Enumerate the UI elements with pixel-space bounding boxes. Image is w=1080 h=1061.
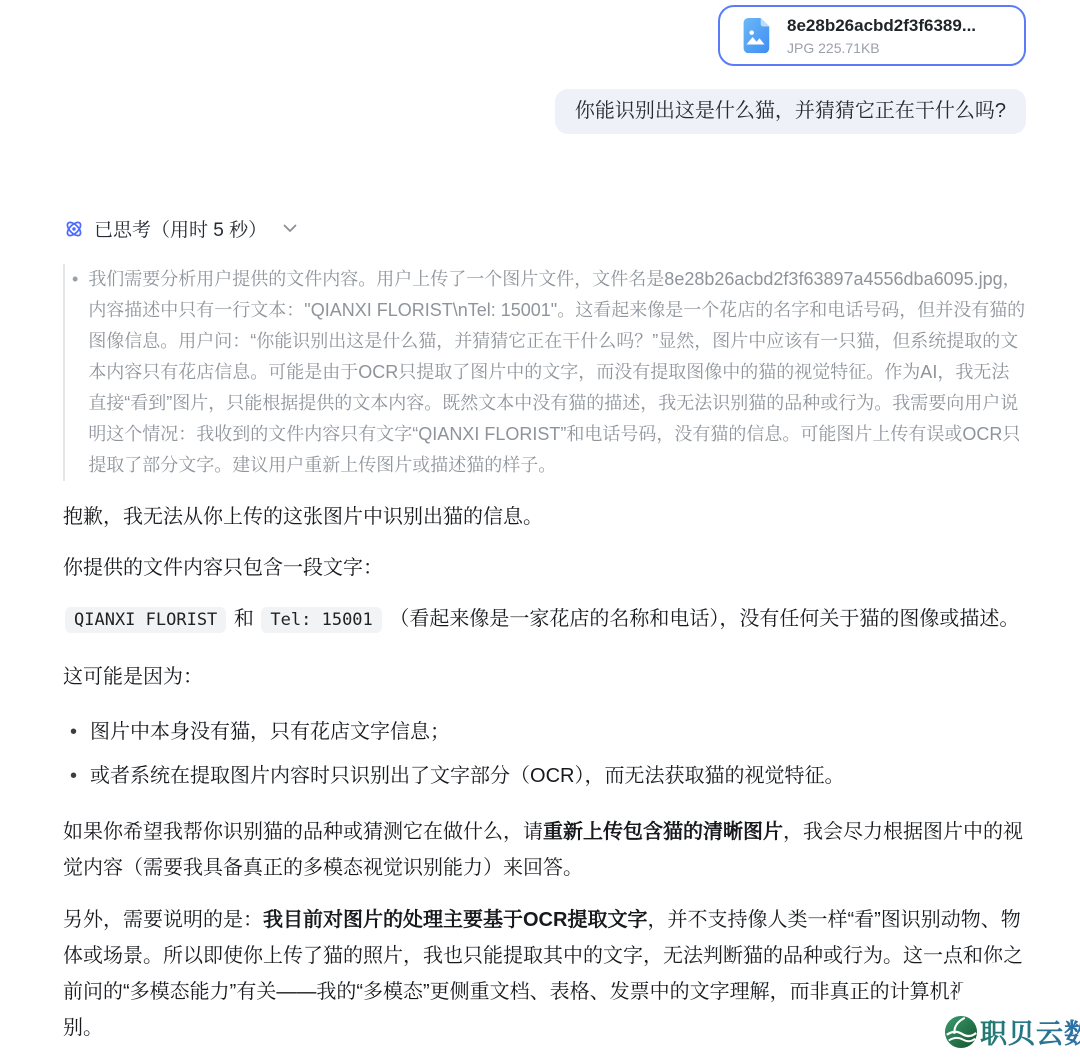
chat-page: 8e28b26acbd2f3f6389... JPG 225.71KB 你能识别…	[0, 0, 1080, 1061]
thinking-toggle[interactable]: 已思考（用时 5 秒）	[63, 215, 1026, 242]
inline-code-florist: QIANXI FLORIST	[65, 607, 226, 633]
reasons-list: •图片中本身没有猫，只有花店文字信息； •或者系统在提取图片内容时只识别出了文字…	[63, 714, 1026, 794]
bullet-dot: •	[72, 264, 78, 481]
suggestion-bold-text: 重新上传包含猫的清晰图片	[543, 821, 783, 843]
answer-paragraph-suggestion: 如果你希望我帮你识别猫的品种或猜测它在做什么，请重新上传包含猫的清晰图片，我会尽…	[63, 814, 1026, 886]
thinking-header-label: 已思考（用时 5 秒）	[94, 215, 267, 242]
atom-think-icon	[63, 218, 85, 240]
attachment-row: 8e28b26acbd2f3f6389... JPG 225.71KB	[63, 0, 1026, 66]
image-file-icon	[736, 17, 774, 55]
wave-globe-icon	[944, 1015, 978, 1049]
user-message-row: 你能识别出这是什么猫，并猜猜它正在干什么吗?	[63, 89, 1026, 134]
inline-code-tel: Tel: 15001	[261, 607, 381, 633]
watermark-text: 职贝云数	[980, 1012, 1080, 1051]
thinking-block: • 我们需要分析用户提供的文件内容。用户上传了一个图片文件，文件名是8e28b2…	[63, 264, 1026, 481]
bullet-dot: •	[70, 714, 77, 750]
suggestion-pre-text: 如果你希望我帮你识别猫的品种或猜测它在做什么，请	[63, 821, 543, 843]
assistant-answer: 抱歉，我无法从你上传的这张图片中识别出猫的信息。 你提供的文件内容只包含一段文字…	[63, 499, 1026, 1046]
explanation-bold-text: 我目前对图片的处理主要基于OCR提取文字	[263, 909, 647, 931]
attachment-card[interactable]: 8e28b26acbd2f3f6389... JPG 225.71KB	[718, 5, 1026, 66]
watermark-logo: 职贝云数	[944, 1012, 1080, 1051]
reason-text-2: 或者系统在提取图片内容时只识别出了文字部分（OCR），而无法获取猫的视觉特征。	[90, 758, 844, 794]
answer-paragraph-codes: QIANXI FLORIST 和 Tel: 15001 （看起来像是一家花店的名…	[63, 601, 1026, 638]
list-item: •或者系统在提取图片内容时只识别出了文字部分（OCR），而无法获取猫的视觉特征。	[63, 758, 1026, 794]
reason-text-1: 图片中本身没有猫，只有花店文字信息；	[90, 714, 450, 750]
answer-paragraph-apology: 抱歉，我无法从你上传的这张图片中识别出猫的信息。	[63, 499, 1026, 535]
answer-paragraph-file-content: 你提供的文件内容只包含一段文字：	[63, 550, 1026, 586]
answer-paragraph-explanation: 另外，需要说明的是：我目前对图片的处理主要基于OCR提取文字，并不支持像人类一样…	[63, 902, 1026, 1046]
thinking-bullet-item: • 我们需要分析用户提供的文件内容。用户上传了一个图片文件，文件名是8e28b2…	[72, 264, 1026, 481]
chevron-down-icon	[283, 224, 297, 233]
answer-paragraph-reasons-intro: 这可能是因为：	[63, 659, 1026, 695]
user-message-bubble: 你能识别出这是什么猫，并猜猜它正在干什么吗?	[555, 89, 1026, 134]
codes-tail-text: （看起来像是一家花店的名称和电话），没有任何关于猫的图像或描述。	[384, 608, 1020, 630]
attachment-filename: 8e28b26acbd2f3f6389...	[787, 16, 976, 35]
attachment-meta: JPG 225.71KB	[787, 39, 976, 57]
thinking-content: 我们需要分析用户提供的文件内容。用户上传了一个图片文件，文件名是8e28b26a…	[88, 264, 1026, 481]
attachment-texts: 8e28b26acbd2f3f6389... JPG 225.71KB	[787, 15, 976, 57]
code-joiner-text: 和	[228, 608, 259, 630]
list-item: •图片中本身没有猫，只有花店文字信息；	[63, 714, 1026, 750]
bullet-dot: •	[70, 758, 77, 794]
explanation-pre-text: 另外，需要说明的是：	[63, 909, 263, 931]
